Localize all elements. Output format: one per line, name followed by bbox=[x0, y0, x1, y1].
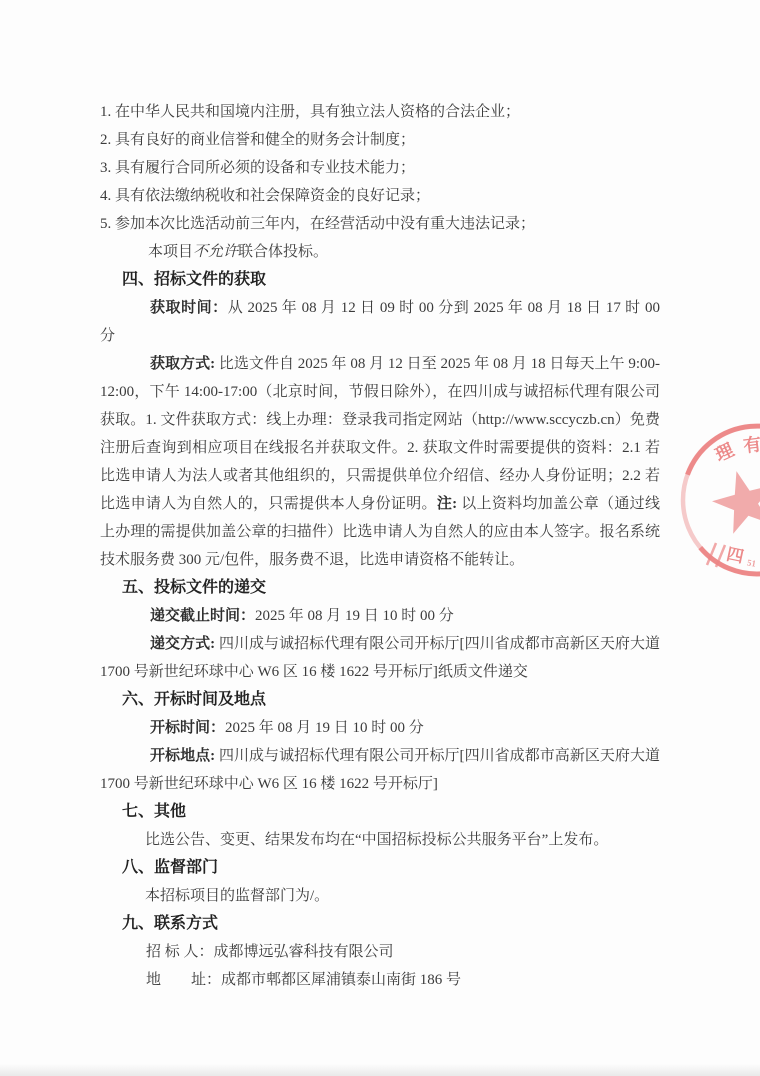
obtain-time-label: 获取时间： bbox=[150, 300, 228, 316]
joint-venture-emphasis: 不允许 bbox=[193, 244, 238, 260]
address-line: 地 址：成都市郫都区犀浦镇泰山南街 186 号 bbox=[146, 966, 660, 994]
seal-bottom-arc bbox=[700, 548, 760, 574]
seal-circle-border bbox=[683, 426, 760, 574]
address-value: 成都市郫都区犀浦镇泰山南街 186 号 bbox=[221, 972, 461, 988]
seal-arc-char: 理 bbox=[712, 439, 738, 465]
note-label: 注: bbox=[437, 496, 457, 512]
seal-top-arc bbox=[688, 426, 760, 475]
qualification-item: 5. 参加本次比选活动前三年内，在经营活动中没有重大违法记录； bbox=[100, 210, 660, 238]
obtain-method-value: 比选文件自 2025 年 08 月 12 日至 2025 年 08 月 18 日… bbox=[100, 356, 660, 512]
seal-arc-char: 有 bbox=[742, 433, 760, 456]
section-heading-bid-opening: 六、开标时间及地点 bbox=[122, 686, 660, 714]
obtain-method-paragraph: 获取方式: 比选文件自 2025 年 08 月 12 日至 2025 年 08 … bbox=[100, 350, 660, 574]
scan-edge-shadow bbox=[0, 1064, 760, 1076]
section-heading-others: 七、其他 bbox=[122, 798, 660, 826]
document-content: 1. 在中华人民共和国境内注册，具有独立法人资格的合法企业； 2. 具有良好的商… bbox=[100, 0, 660, 994]
joint-venture-prefix: 本项目 bbox=[148, 244, 193, 260]
document-page: 1. 在中华人民共和国境内注册，具有独立法人资格的合法企业； 2. 具有良好的商… bbox=[0, 0, 760, 1076]
section-heading-contact: 九、联系方式 bbox=[122, 910, 660, 938]
obtain-method-label: 获取方式: bbox=[150, 356, 215, 372]
section-heading-supervision: 八、监督部门 bbox=[122, 854, 660, 882]
submission-deadline-line: 递交截止时间：2025 年 08 月 19 日 10 时 00 分 bbox=[100, 602, 660, 630]
seal-code-digits: 51 bbox=[746, 557, 757, 568]
submission-deadline-label: 递交截止时间： bbox=[150, 608, 255, 624]
opening-place-paragraph: 开标地点: 四川成与诚招标代理有限公司开标厅[四川省成都市高新区天府大道 170… bbox=[100, 742, 660, 798]
opening-time-line: 开标时间：2025 年 08 月 19 日 10 时 00 分 bbox=[100, 714, 660, 742]
opening-time-value: 2025 年 08 月 19 日 10 时 00 分 bbox=[225, 720, 424, 736]
joint-venture-note: 本项目不允许联合体投标。 bbox=[100, 238, 660, 266]
supervision-body: 本招标项目的监督部门为/。 bbox=[100, 882, 660, 910]
opening-place-label: 开标地点: bbox=[150, 748, 215, 764]
section-heading-bid-submission: 五、投标文件的递交 bbox=[122, 574, 660, 602]
seal-star-icon bbox=[706, 463, 760, 537]
seal-stroke-mark bbox=[716, 545, 725, 567]
submission-method-label: 递交方式: bbox=[150, 636, 215, 652]
qualification-item: 4. 具有依法缴纳税收和社会保障资金的良好记录； bbox=[100, 182, 660, 210]
tenderer-value: 成都博远弘睿科技有限公司 bbox=[214, 944, 394, 960]
obtain-time-line: 获取时间：从 2025 年 08 月 12 日 09 时 00 分到 2025 … bbox=[100, 294, 660, 350]
section-heading-obtain-documents: 四、招标文件的获取 bbox=[122, 266, 660, 294]
seal-stroke-mark bbox=[707, 543, 716, 565]
qualification-item: 1. 在中华人民共和国境内注册，具有独立法人资格的合法企业； bbox=[100, 98, 660, 126]
others-body: 比选公告、变更、结果发布均在“中国招标投标公共服务平台”上发布。 bbox=[100, 826, 660, 854]
seal-bottom-char: 四 bbox=[725, 545, 746, 567]
joint-venture-suffix: 联合体投标。 bbox=[238, 244, 328, 260]
official-seal-stamp: 理 有 四 51 bbox=[650, 415, 760, 595]
submission-deadline-value: 2025 年 08 月 19 日 10 时 00 分 bbox=[255, 608, 454, 624]
opening-time-label: 开标时间： bbox=[150, 720, 225, 736]
seal-graphics: 理 有 四 51 bbox=[683, 426, 760, 574]
qualification-item: 2. 具有良好的商业信誉和健全的财务会计制度； bbox=[100, 126, 660, 154]
submission-method-paragraph: 递交方式: 四川成与诚招标代理有限公司开标厅[四川省成都市高新区天府大道 170… bbox=[100, 630, 660, 686]
tenderer-label: 招 标 人： bbox=[146, 944, 214, 960]
tenderer-line: 招 标 人：成都博远弘睿科技有限公司 bbox=[146, 938, 660, 966]
qualification-item: 3. 具有履行合同所必须的设备和专业技术能力； bbox=[100, 154, 660, 182]
address-label: 地 址： bbox=[146, 972, 221, 988]
